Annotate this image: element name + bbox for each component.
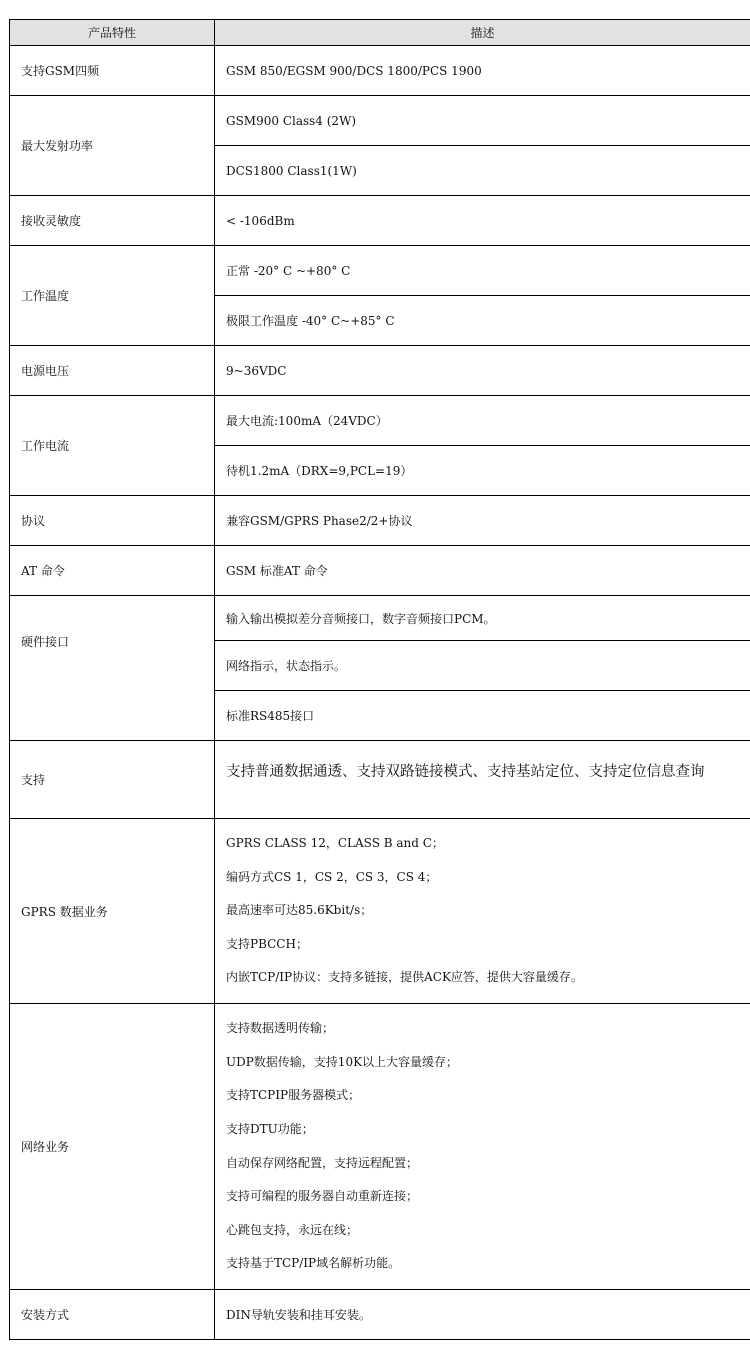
description-line: 支持数据透明传输； xyxy=(226,1012,750,1046)
feature-cell: 支持 xyxy=(10,741,215,819)
feature-cell: 支持GSM四频 xyxy=(10,46,215,96)
description-cell: 兼容GSM/GPRS Phase2/2+协议 xyxy=(215,496,750,546)
table-row: 最大发射功率 GSM900 Class4 (2W) xyxy=(10,96,750,146)
table-row: 电源电压 9~36VDC xyxy=(10,346,750,396)
feature-cell: 电源电压 xyxy=(10,346,215,396)
description-cell-list: GPRS CLASS 12，CLASS B and C； 编码方式CS 1，CS… xyxy=(215,819,750,1004)
table-row: AT 命令 GSM 标准AT 命令 xyxy=(10,546,750,596)
feature-cell: 工作温度 xyxy=(10,246,215,346)
feature-cell: 协议 xyxy=(10,496,215,546)
description-cell: GSM 850/EGSM 900/DCS 1800/PCS 1900 xyxy=(215,46,750,96)
description-line: 支持PBCCH； xyxy=(226,928,750,962)
feature-cell: 网络业务 xyxy=(10,1004,215,1290)
table-row: 支持 支持普通数据通透、支持双路链接模式、支持基站定位、支持定位信息查询 xyxy=(10,741,750,819)
description-cell: 标准RS485接口 xyxy=(215,691,750,741)
description-cell: < -106dBm xyxy=(215,196,750,246)
description-line: 内嵌TCP/IP协议：支持多链接，提供ACK应答，提供大容量缓存。 xyxy=(226,961,750,995)
description-line: 支持可编程的服务器自动重新连接； xyxy=(226,1180,750,1214)
feature-cell: 最大发射功率 xyxy=(10,96,215,196)
description-cell: 正常 -20° C ~+80° C xyxy=(215,246,750,296)
description-cell-list: 支持数据透明传输； UDP数据传输，支持10K以上大容量缓存； 支持TCPIP服… xyxy=(215,1004,750,1290)
description-line: 支持TCPIP服务器模式； xyxy=(226,1079,750,1113)
description-line: 最高速率可达85.6Kbit/s； xyxy=(226,894,750,928)
table-row: 协议 兼容GSM/GPRS Phase2/2+协议 xyxy=(10,496,750,546)
feature-cell: 硬件接口 xyxy=(10,596,215,741)
feature-cell: AT 命令 xyxy=(10,546,215,596)
description-line: 心跳包支持，永远在线； xyxy=(226,1214,750,1248)
table-row: 支持GSM四频 GSM 850/EGSM 900/DCS 1800/PCS 19… xyxy=(10,46,750,96)
description-cell: 输入输出模拟差分音频接口，数字音频接口PCM。 xyxy=(215,596,750,641)
description-cell: DCS1800 Class1(1W) xyxy=(215,146,750,196)
feature-cell: 工作电流 xyxy=(10,396,215,496)
description-line: 自动保存网络配置，支持远程配置； xyxy=(226,1147,750,1181)
feature-cell: GPRS 数据业务 xyxy=(10,819,215,1004)
description-line: 编码方式CS 1，CS 2，CS 3，CS 4； xyxy=(226,861,750,895)
description-cell: 极限工作温度 -40° C~+85° C xyxy=(215,296,750,346)
table-header-row: 产品特性 描述 xyxy=(10,20,750,46)
feature-cell: 安装方式 xyxy=(10,1290,215,1340)
description-cell: 支持普通数据通透、支持双路链接模式、支持基站定位、支持定位信息查询 xyxy=(215,741,750,819)
description-cell: DIN导轨安装和挂耳安装。 xyxy=(215,1290,750,1340)
table-row: 接收灵敏度 < -106dBm xyxy=(10,196,750,246)
table-row: 工作温度 正常 -20° C ~+80° C xyxy=(10,246,750,296)
table-row: 网络业务 支持数据透明传输； UDP数据传输，支持10K以上大容量缓存； 支持T… xyxy=(10,1004,750,1290)
description-cell: 网络指示，状态指示。 xyxy=(215,641,750,691)
feature-cell: 接收灵敏度 xyxy=(10,196,215,246)
table-row: 工作电流 最大电流:100mA（24VDC） xyxy=(10,396,750,446)
description-line: 支持DTU功能； xyxy=(226,1113,750,1147)
description-line: 支持基于TCP/IP域名解析功能。 xyxy=(226,1247,750,1281)
description-line: UDP数据传输，支持10K以上大容量缓存； xyxy=(226,1046,750,1080)
product-spec-table: 产品特性 描述 支持GSM四频 GSM 850/EGSM 900/DCS 180… xyxy=(9,19,750,1340)
description-cell: GSM900 Class4 (2W) xyxy=(215,96,750,146)
description-cell: 最大电流:100mA（24VDC） xyxy=(215,396,750,446)
description-cell: GSM 标准AT 命令 xyxy=(215,546,750,596)
table-row: 硬件接口 输入输出模拟差分音频接口，数字音频接口PCM。 xyxy=(10,596,750,641)
header-description: 描述 xyxy=(215,20,750,46)
description-line: GPRS CLASS 12，CLASS B and C； xyxy=(226,827,750,861)
table-row: 安装方式 DIN导轨安装和挂耳安装。 xyxy=(10,1290,750,1340)
header-feature: 产品特性 xyxy=(10,20,215,46)
table-row: GPRS 数据业务 GPRS CLASS 12，CLASS B and C； 编… xyxy=(10,819,750,1004)
description-cell: 9~36VDC xyxy=(215,346,750,396)
description-cell: 待机1.2mA（DRX=9,PCL=19） xyxy=(215,446,750,496)
